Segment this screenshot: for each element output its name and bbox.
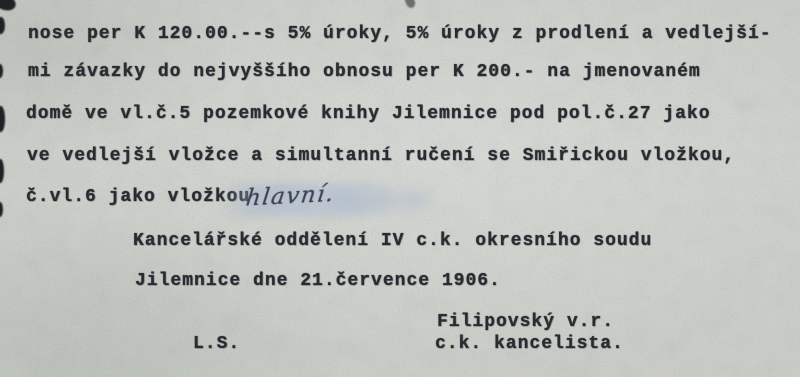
scanned-document-page: nose per K 120.00.--s 5% úroky, 5% úroky… xyxy=(0,0,800,377)
body-line-4: ve vedlejší vložce a simultanní ručení s… xyxy=(27,146,735,166)
scan-edge-artifact xyxy=(404,0,416,9)
signature-name: Filipovský v.r. xyxy=(437,312,614,332)
signature-title: c.k. kancelista. xyxy=(435,334,624,354)
handwritten-insertion: hlavní. xyxy=(244,181,336,212)
office-line: Kancelářské oddělení IV c.k. okresního s… xyxy=(133,231,652,251)
scan-edge-artifact xyxy=(0,202,3,217)
ink-smudge xyxy=(330,190,430,210)
body-line-2: mi závazky do nejvyššího obnosu per K 20… xyxy=(28,62,701,82)
scan-edge-artifact xyxy=(0,159,4,183)
body-line-1: nose per K 120.00.--s 5% úroky, 5% úroky… xyxy=(28,24,772,44)
scan-corner-ink-mark xyxy=(0,0,18,14)
body-line-5: č.vl.6 jako vložkou xyxy=(26,187,250,207)
scan-edge-artifact xyxy=(0,64,3,78)
body-line-3: domě ve vl.č.5 pozemkové knihy Jilemnice… xyxy=(26,104,711,124)
seal-abbreviation: L.S. xyxy=(193,334,240,354)
scan-edge-artifact xyxy=(0,106,5,132)
date-line: Jilemnice dne 21.července 1906. xyxy=(135,271,501,291)
scan-edge-artifact xyxy=(0,17,5,34)
